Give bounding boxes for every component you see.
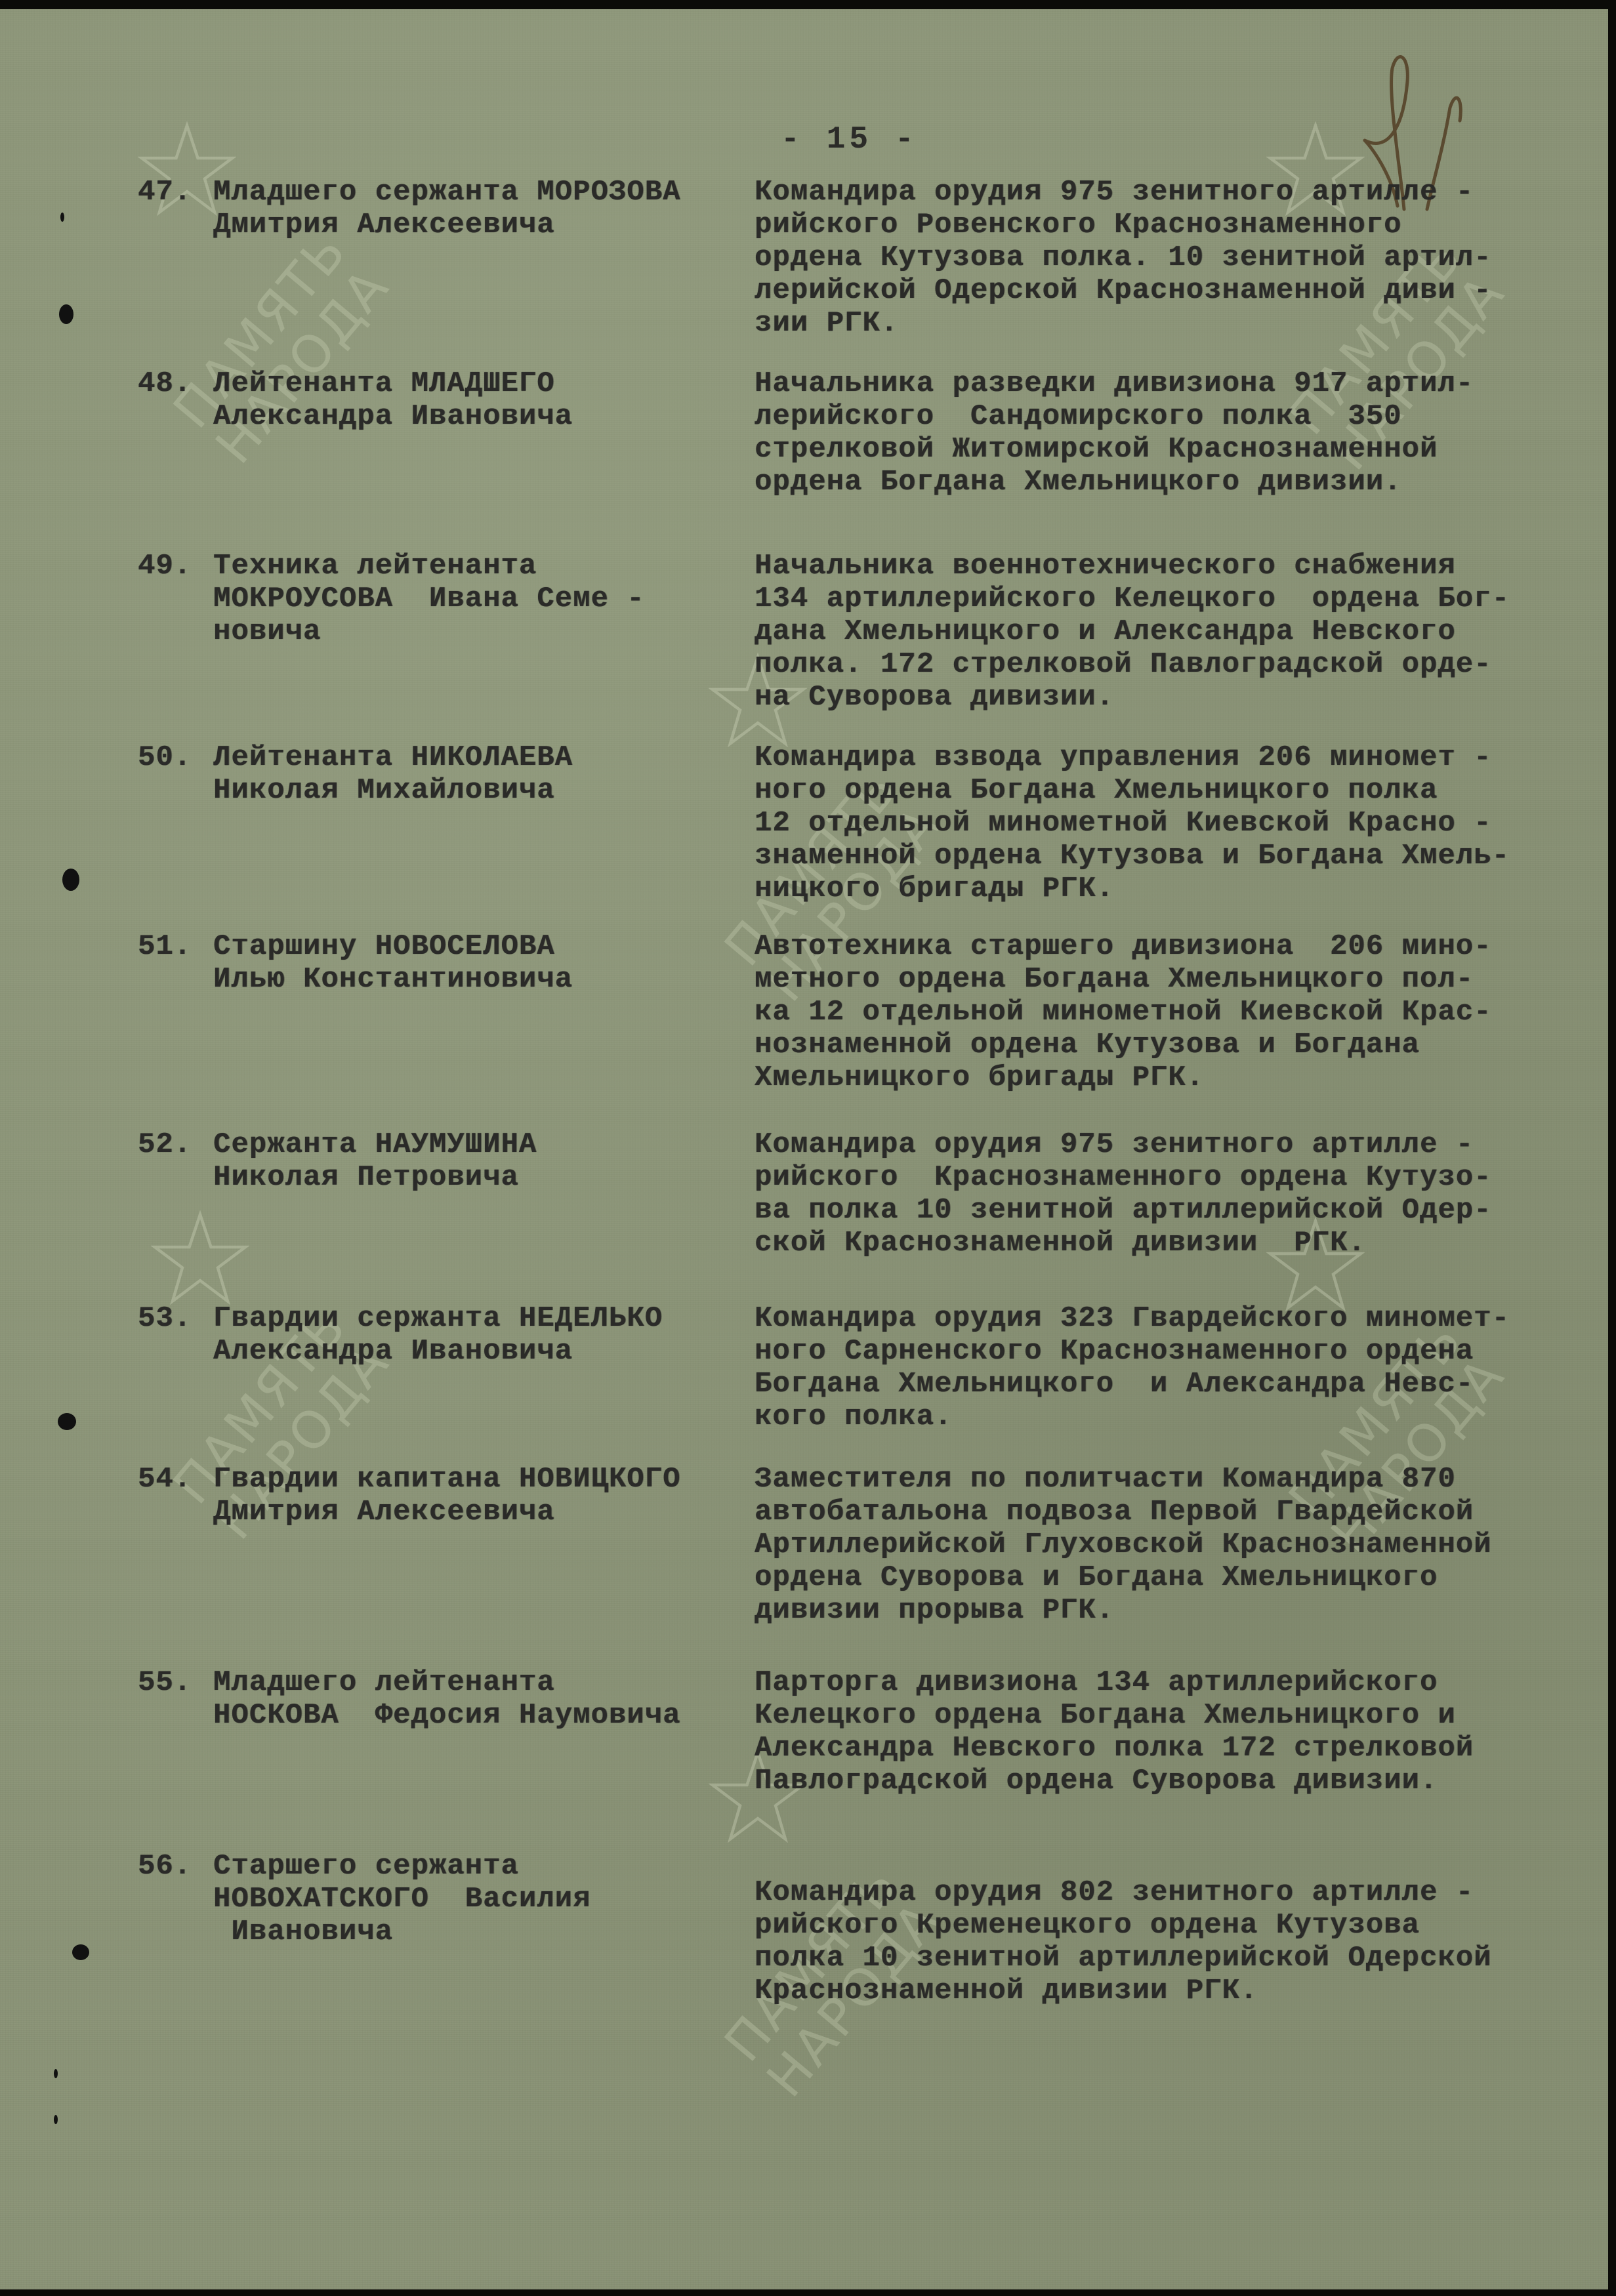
- recipient-position-line: рийского Кременецкого ордена Кутузова: [755, 1909, 1492, 1942]
- recipient-position-line: Заместителя по политчасти Командира 870: [755, 1463, 1492, 1496]
- margin-speck: [60, 213, 64, 222]
- recipient-position-line: Начальника разведки дивизиона 917 артил-: [755, 367, 1474, 400]
- entry-number: 47.: [138, 176, 192, 209]
- recipient-position-line: Автотехника старшего дивизиона 206 мино-: [755, 930, 1492, 963]
- punch-hole: [62, 869, 79, 891]
- recipient-name-line: Николая Михайловича: [213, 774, 573, 807]
- recipient-position-line: лерийского Сандомирского полка 350: [755, 400, 1474, 433]
- recipient-position-line: кого полка.: [755, 1401, 1510, 1433]
- recipient-name-line: МОКРОУСОВА Ивана Семе -: [213, 583, 645, 615]
- recipient-position: Начальника военнотехнического снабжения1…: [755, 550, 1510, 714]
- recipient-position-line: ордена Кутузова полка. 10 зенитной артил…: [755, 241, 1492, 274]
- recipient-position-line: Келецкого ордена Богдана Хмельницкого и: [755, 1699, 1474, 1732]
- recipient-position-line: ордена Богдана Хмельницкого дивизии.: [755, 466, 1474, 499]
- recipient-name: Техника лейтенантаМОКРОУСОВА Ивана Семе …: [213, 550, 645, 648]
- entry-number: 50.: [138, 741, 192, 774]
- recipient-position-line: метного ордена Богдана Хмельницкого пол-: [755, 963, 1492, 996]
- recipient-position-line: Краснознаменной дивизии РГК.: [755, 1975, 1492, 2007]
- entry-number: 53.: [138, 1302, 192, 1335]
- document-page: ПАМЯТЬ НАРОДА ПАМЯТЬ НАРОДА ПАМЯТЬ НАРОД…: [0, 9, 1609, 2291]
- recipient-position-line: Командира орудия 323 Гвардейского миноме…: [755, 1302, 1510, 1335]
- recipient-position-line: ного Сарненского Краснознаменного ордена: [755, 1335, 1510, 1368]
- star-watermark-icon: [151, 1210, 249, 1308]
- recipient-name: Лейтенанта НИКОЛАЕВАНиколая Михайловича: [213, 741, 573, 807]
- recipient-name: Младшего сержанта МОРОЗОВАДмитрия Алексе…: [213, 176, 681, 241]
- recipient-name-line: Николая Петровича: [213, 1161, 537, 1194]
- recipient-position-line: ницкого бригады РГК.: [755, 872, 1510, 905]
- page-number: - 15 -: [781, 122, 918, 157]
- punch-hole: [58, 1413, 76, 1430]
- recipient-position-line: ской Краснознаменной дивизии РГК.: [755, 1227, 1492, 1260]
- recipient-position-line: Командира орудия 802 зенитного артилле -: [755, 1876, 1492, 1909]
- entry-number: 48.: [138, 367, 192, 400]
- recipient-name-line: Александра Ивановича: [213, 1335, 663, 1368]
- recipient-name-line: Дмитрия Алексеевича: [213, 1496, 681, 1528]
- entry-number: 52.: [138, 1128, 192, 1161]
- recipient-position-line: Командира взвода управления 206 миномет …: [755, 741, 1510, 774]
- recipient-name-line: новича: [213, 615, 645, 648]
- recipient-position: Командира орудия 802 зенитного артилле -…: [755, 1876, 1492, 2007]
- punch-hole: [72, 1944, 89, 1960]
- recipient-name-line: Лейтенанта НИКОЛАЕВА: [213, 741, 573, 774]
- recipient-position-line: дана Хмельницкого и Александра Невского: [755, 615, 1510, 648]
- recipient-position: Начальника разведки дивизиона 917 артил-…: [755, 367, 1474, 499]
- recipient-position-line: 134 артиллерийского Келецкого ордена Бог…: [755, 583, 1510, 615]
- recipient-position-line: на Суворова дивизии.: [755, 681, 1510, 714]
- entry-number: 56.: [138, 1850, 192, 1883]
- recipient-position-line: автобатальона подвоза Первой Гвардейской: [755, 1496, 1492, 1528]
- recipient-position-line: Артиллерийской Глуховской Краснознаменно…: [755, 1528, 1492, 1561]
- recipient-position: Командира орудия 975 зенитного артилле -…: [755, 176, 1492, 340]
- recipient-name-line: Дмитрия Алексеевича: [213, 209, 681, 241]
- recipient-position-line: Хмельницкого бригады РГК.: [755, 1061, 1492, 1094]
- recipient-name-line: Илью Константиновича: [213, 963, 573, 996]
- scan-border: [1608, 0, 1616, 2296]
- entry-number: 54.: [138, 1463, 192, 1496]
- watermark-text: ПАМЯТЬ НАРОДА: [164, 222, 400, 474]
- scan-border: [0, 2289, 1616, 2296]
- recipient-name-line: НОВОХАТСКОГО Василия: [213, 1883, 591, 1916]
- recipient-name-line: Старшину НОВОСЕЛОВА: [213, 930, 573, 963]
- recipient-position-line: Александра Невского полка 172 стрелковой: [755, 1732, 1474, 1765]
- recipient-position-line: зии РГК.: [755, 307, 1492, 340]
- recipient-name-line: Старшего сержанта: [213, 1850, 591, 1883]
- entry-number: 51.: [138, 930, 192, 963]
- recipient-position: Командира орудия 323 Гвардейского миноме…: [755, 1302, 1510, 1433]
- recipient-name-line: Сержанта НАУМУШИНА: [213, 1128, 537, 1161]
- recipient-name-line: Ивановича: [213, 1916, 591, 1948]
- recipient-position-line: ного ордена Богдана Хмельницкого полка: [755, 774, 1510, 807]
- recipient-position-line: Павлоградской ордена Суворова дивизии.: [755, 1765, 1474, 1797]
- recipient-position-line: Богдана Хмельницкого и Александра Невс-: [755, 1368, 1510, 1401]
- recipient-position-line: дивизии прорыва РГК.: [755, 1594, 1492, 1627]
- recipient-position-line: полка. 172 стрелковой Павлоградской орде…: [755, 648, 1510, 681]
- recipient-name: Младшего лейтенантаНОСКОВА Федосия Наумо…: [213, 1666, 681, 1732]
- recipient-position-line: знаменной ордена Кутузова и Богдана Хмел…: [755, 840, 1510, 872]
- recipient-position-line: Начальника военнотехнического снабжения: [755, 550, 1510, 583]
- recipient-name-line: Гвардии сержанта НЕДЕЛЬКО: [213, 1302, 663, 1335]
- recipient-position-line: 12 отдельной минометной Киевской Красно …: [755, 807, 1510, 840]
- recipient-position: Парторга дивизиона 134 артиллерийскогоКе…: [755, 1666, 1474, 1797]
- recipient-name: Лейтенанта МЛАДШЕГОАлександра Ивановича: [213, 367, 573, 433]
- recipient-name-line: Младшего лейтенанта: [213, 1666, 681, 1699]
- entry-number: 55.: [138, 1666, 192, 1699]
- recipient-name-line: Младшего сержанта МОРОЗОВА: [213, 176, 681, 209]
- recipient-position-line: Парторга дивизиона 134 артиллерийского: [755, 1666, 1474, 1699]
- recipient-name-line: Техника лейтенанта: [213, 550, 645, 583]
- recipient-position-line: Командира орудия 975 зенитного артилле -: [755, 1128, 1492, 1161]
- recipient-name-line: НОСКОВА Федосия Наумовича: [213, 1699, 681, 1732]
- recipient-name-line: Гвардии капитана НОВИЦКОГО: [213, 1463, 681, 1496]
- recipient-position: Заместителя по политчасти Командира 870а…: [755, 1463, 1492, 1627]
- recipient-position-line: нознаменной ордена Кутузова и Богдана: [755, 1029, 1492, 1061]
- recipient-name: Гвардии сержанта НЕДЕЛЬКОАлександра Иван…: [213, 1302, 663, 1368]
- recipient-position-line: Командира орудия 975 зенитного артилле -: [755, 176, 1492, 209]
- recipient-name: Старшего сержантаНОВОХАТСКОГО Василия Ив…: [213, 1850, 591, 1948]
- recipient-name: Старшину НОВОСЕЛОВАИлью Константиновича: [213, 930, 573, 996]
- recipient-position-line: ва полка 10 зенитной артиллерийской Одер…: [755, 1194, 1492, 1227]
- recipient-position-line: ка 12 отдельной минометной Киевской Крас…: [755, 996, 1492, 1029]
- recipient-name-line: Александра Ивановича: [213, 400, 573, 433]
- recipient-position-line: лерийской Одерской Краснознаменной диви …: [755, 274, 1492, 307]
- recipient-name: Сержанта НАУМУШИНАНиколая Петровича: [213, 1128, 537, 1194]
- entry-number: 49.: [138, 550, 192, 583]
- recipient-position-line: рийского Ровенского Краснознаменного: [755, 209, 1492, 241]
- recipient-position-line: рийского Краснознаменного ордена Кутузо-: [755, 1161, 1492, 1194]
- recipient-position: Командира взвода управления 206 миномет …: [755, 741, 1510, 905]
- recipient-name-line: Лейтенанта МЛАДШЕГО: [213, 367, 573, 400]
- recipient-position-line: стрелковой Житомирской Краснознаменной: [755, 433, 1474, 466]
- margin-speck: [54, 2115, 58, 2124]
- margin-speck: [54, 2069, 58, 2078]
- recipient-name: Гвардии капитана НОВИЦКОГОДмитрия Алексе…: [213, 1463, 681, 1528]
- recipient-position: Автотехника старшего дивизиона 206 мино-…: [755, 930, 1492, 1094]
- recipient-position-line: ордена Суворова и Богдана Хмельницкого: [755, 1561, 1492, 1594]
- recipient-position: Командира орудия 975 зенитного артилле -…: [755, 1128, 1492, 1260]
- recipient-position-line: полка 10 зенитной артиллерийской Одерско…: [755, 1942, 1492, 1975]
- punch-hole: [59, 304, 73, 324]
